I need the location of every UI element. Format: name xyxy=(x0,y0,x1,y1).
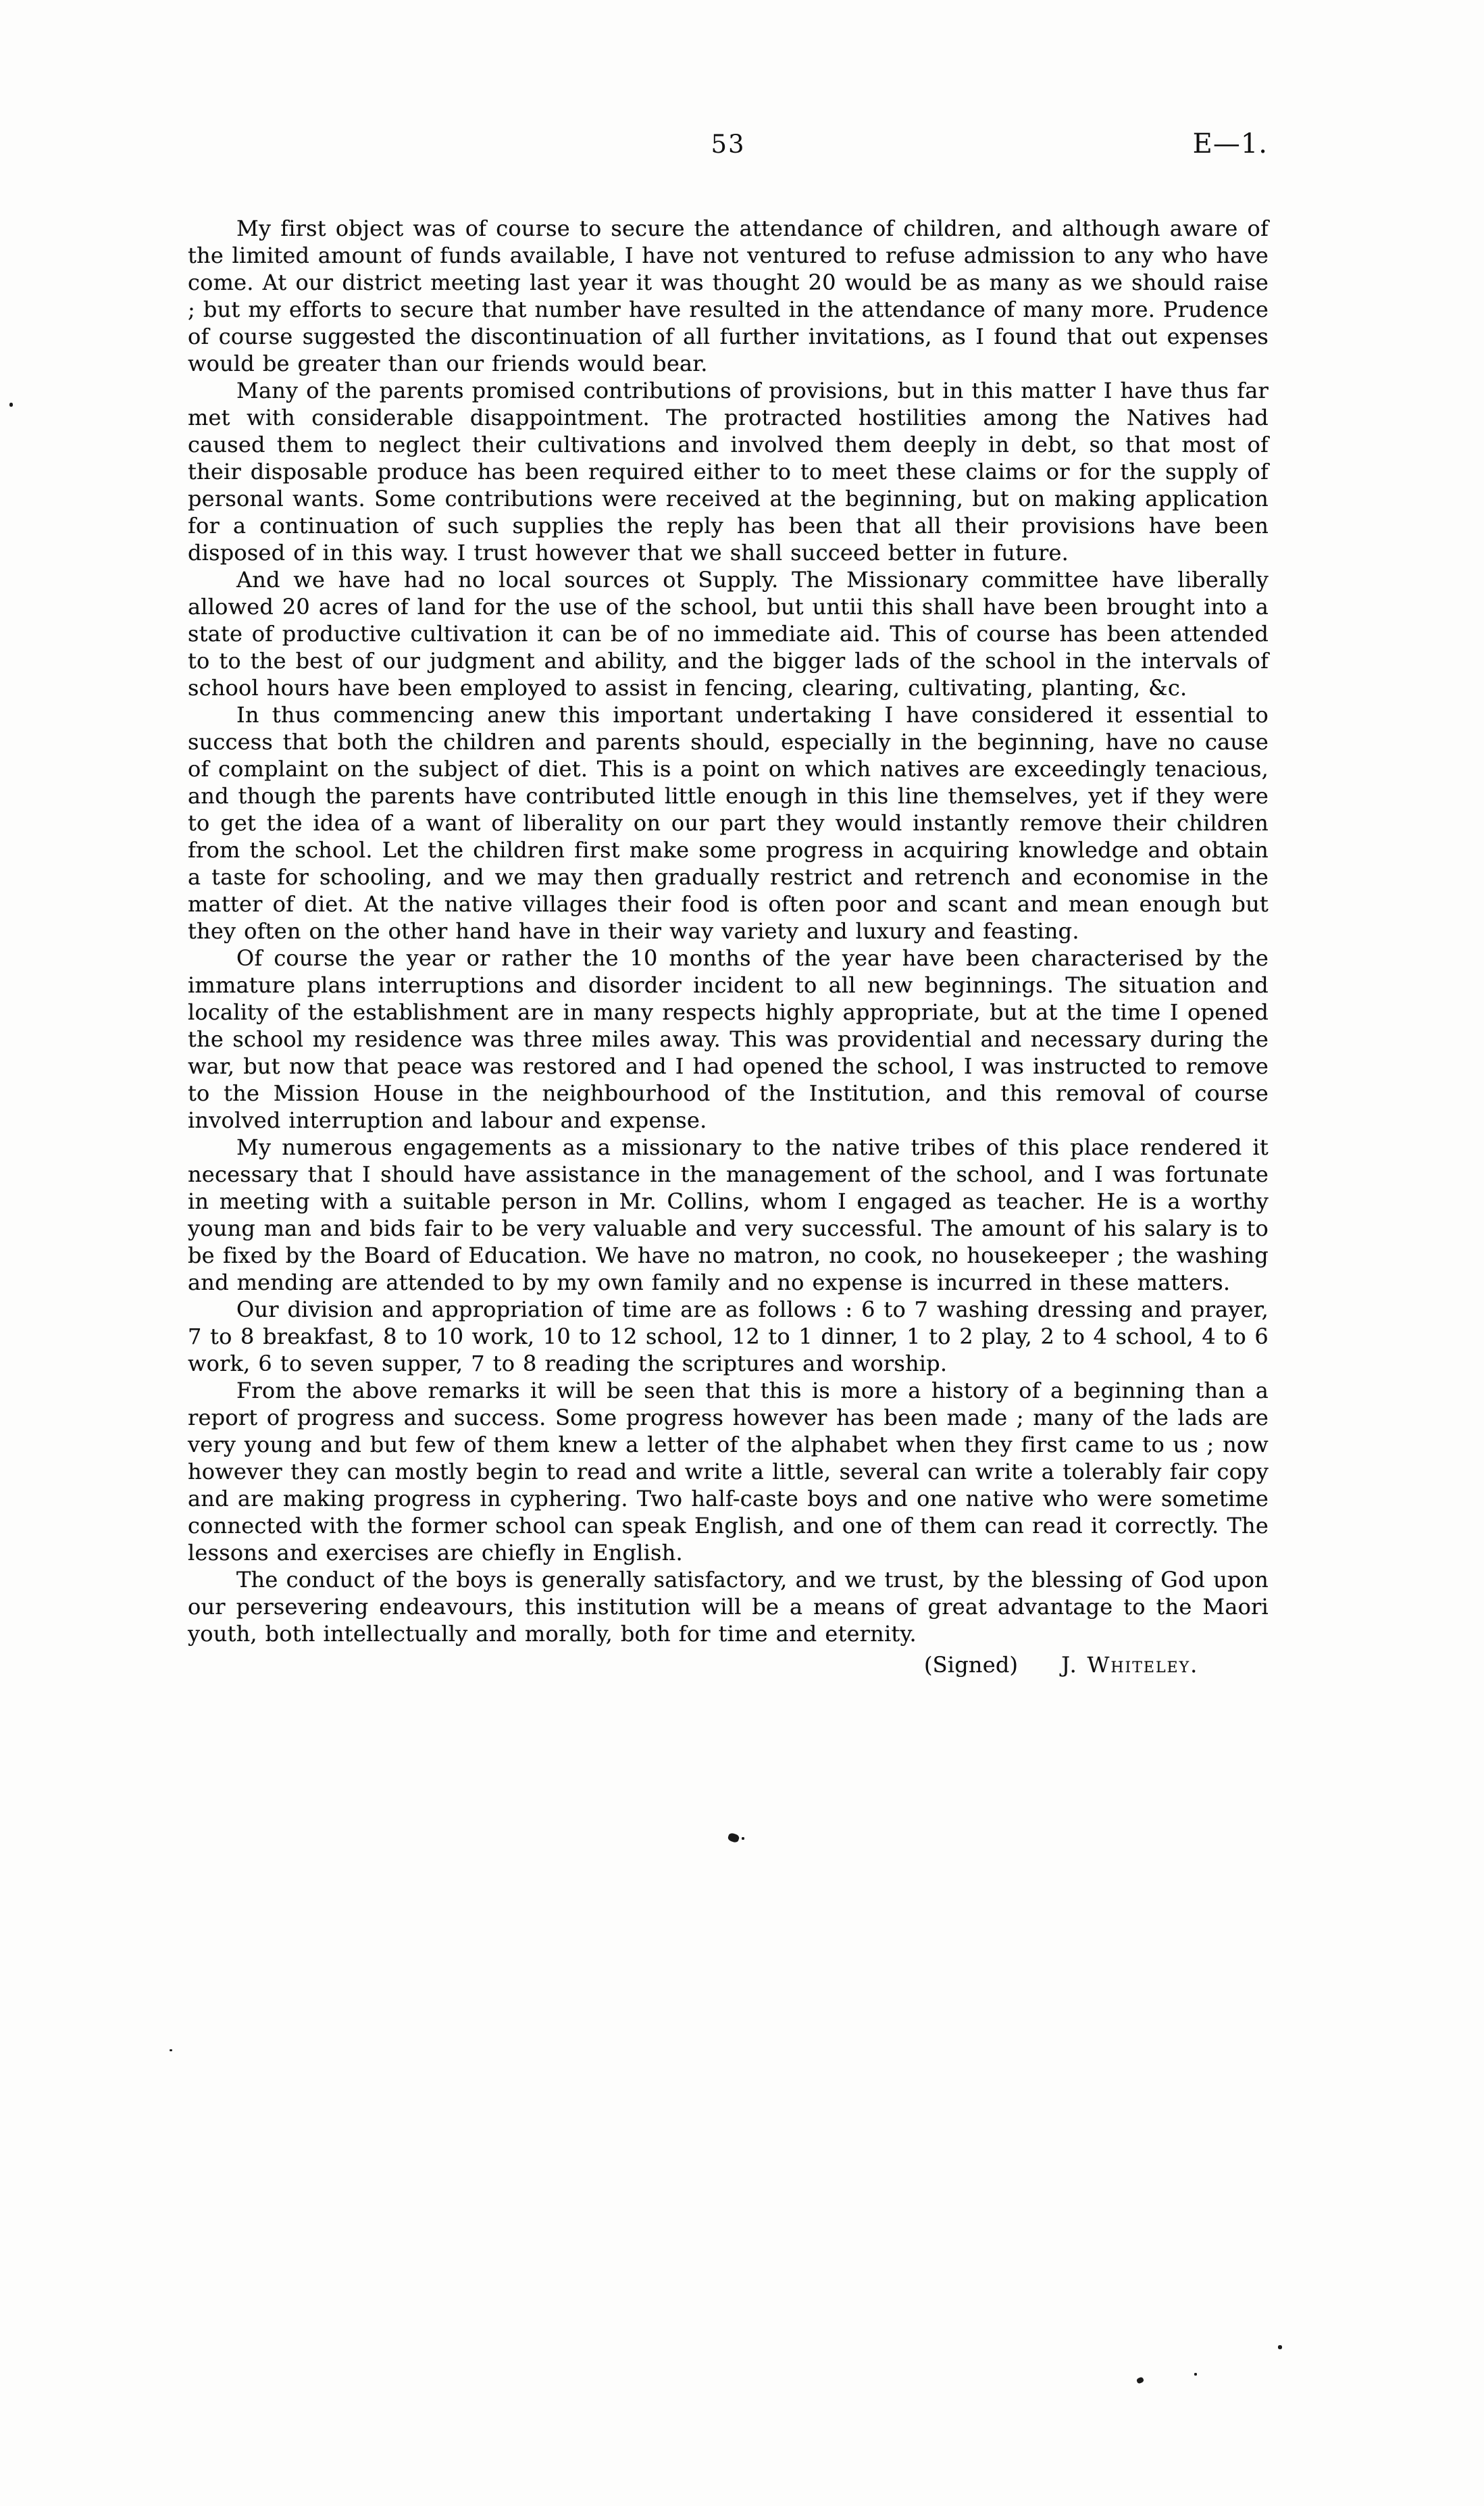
report-paragraph: My first object was of course to secure … xyxy=(188,215,1269,377)
signature-name: J. Whiteley. xyxy=(1061,1651,1198,1678)
page-number: 53 xyxy=(188,130,1269,159)
scan-artifact xyxy=(1136,2376,1144,2384)
report-paragraph: Many of the parents promised contributio… xyxy=(188,377,1269,566)
signature-row: (Signed) J. Whiteley. xyxy=(188,1651,1269,1678)
scan-artifact xyxy=(9,403,13,407)
scan-artifact xyxy=(1278,2345,1282,2349)
scan-artifact xyxy=(727,1832,740,1843)
report-paragraph: Our division and appropriation of time a… xyxy=(188,1296,1269,1377)
report-body: My first object was of course to secure … xyxy=(188,215,1269,1678)
report-paragraph: The conduct of the boys is generally sat… xyxy=(188,1566,1269,1647)
report-paragraph: In thus commencing anew this important u… xyxy=(188,701,1269,945)
report-paragraph: And we have had no local sources ot Supp… xyxy=(188,566,1269,701)
page-header: 53 xyxy=(188,130,1269,170)
scan-artifact xyxy=(1194,2373,1197,2376)
document-page: 53 E—1. My first object was of course to… xyxy=(0,0,1484,2506)
scan-artifact xyxy=(366,338,369,341)
document-reference: E—1. xyxy=(1193,128,1268,159)
signed-label: (Signed) xyxy=(924,1651,1018,1678)
report-paragraphs: My first object was of course to secure … xyxy=(188,215,1269,1647)
report-paragraph: My numerous engagements as a missionary … xyxy=(188,1134,1269,1296)
report-paragraph: Of course the year or rather the 10 mont… xyxy=(188,945,1269,1134)
scan-artifact xyxy=(170,2049,172,2051)
scan-artifact xyxy=(742,1837,744,1840)
report-paragraph: From the above remarks it will be seen t… xyxy=(188,1377,1269,1566)
